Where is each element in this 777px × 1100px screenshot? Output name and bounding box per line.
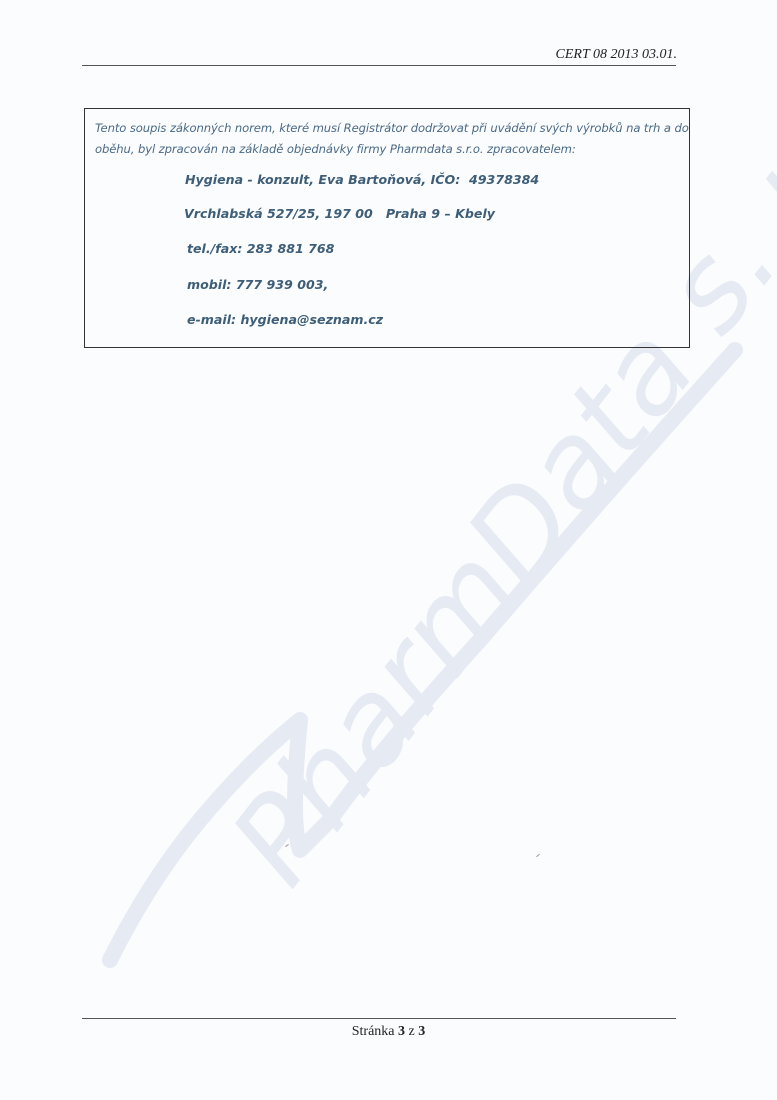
header-divider: [82, 65, 676, 66]
page-total: 3: [418, 1024, 425, 1039]
page-label: Stránka: [352, 1024, 395, 1039]
contractor-info-box: Tento soupis zákonných norem, které musí…: [84, 108, 690, 348]
scan-speck: [285, 844, 289, 847]
document-reference: CERT 08 2013 03.01.: [556, 47, 677, 63]
contractor-phone-line: tel./fax: 283 881 768: [187, 241, 334, 256]
page-current: 3: [398, 1024, 405, 1039]
page-number: Stránka 3 z 3: [0, 1024, 777, 1040]
contractor-address-line: Vrchlabská 527/25, 197 00 Praha 9 – Kbel…: [184, 206, 495, 221]
footer-divider: [82, 1018, 676, 1019]
intro-paragraph: Tento soupis zákonných norem, které musí…: [95, 118, 691, 160]
contractor-email-line: e-mail: hygiena@seznam.cz: [187, 312, 383, 327]
contractor-mobile-line: mobil: 777 939 003,: [187, 277, 328, 292]
page-separator: z: [409, 1024, 415, 1039]
scan-speck: [536, 854, 540, 857]
contractor-name-line: Hygiena - konzult, Eva Bartoňová, IČO: 4…: [185, 172, 539, 187]
